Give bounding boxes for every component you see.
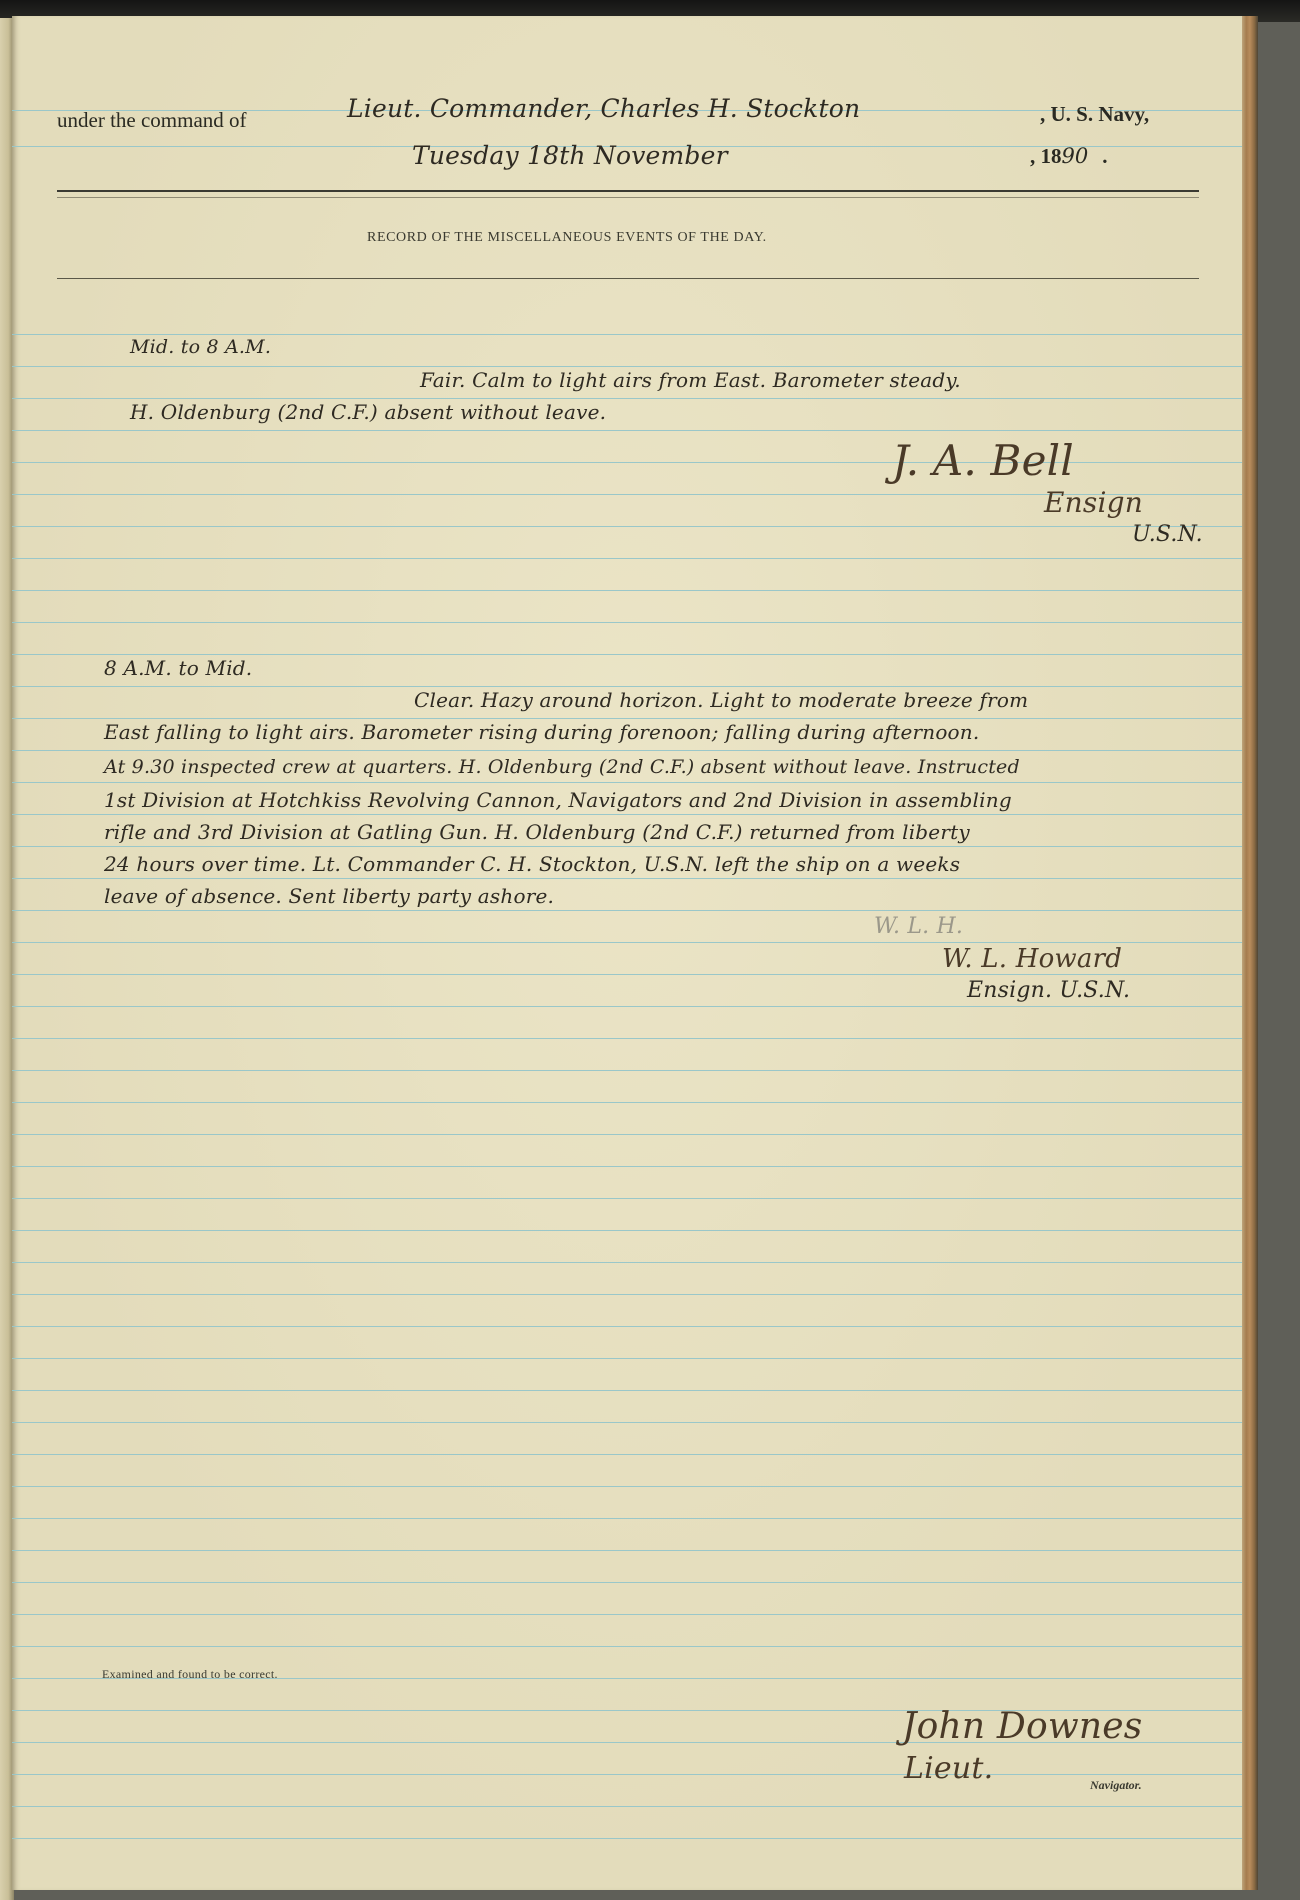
watch-2-signature-name: W. L. Howard	[942, 944, 1122, 974]
ruled-line	[12, 526, 1242, 527]
examined-statement: Examined and found to be correct.	[102, 1667, 278, 1682]
ruled-line	[12, 1358, 1242, 1359]
ruled-line	[12, 1518, 1242, 1519]
ruled-line	[12, 1070, 1242, 1071]
ruled-line	[12, 1102, 1242, 1103]
ruled-line	[12, 1262, 1242, 1263]
ruled-line	[12, 1326, 1242, 1327]
ruled-line	[12, 1486, 1242, 1487]
watch-1-line-2: H. Oldenburg (2nd C.F.) absent without l…	[130, 400, 606, 424]
ruled-line	[12, 1422, 1242, 1423]
ruled-line	[12, 1614, 1242, 1615]
log-year: , 1890.	[1030, 144, 1107, 169]
ruled-line	[12, 430, 1242, 431]
watch-2-line-3: At 9.30 inspected crew at quarters. H. O…	[104, 756, 1020, 778]
ruled-line	[12, 1646, 1242, 1647]
year-handwritten: 90	[1062, 144, 1089, 168]
commander-name: Lieut. Commander, Charles H. Stockton	[347, 94, 860, 123]
watch-1-signature-name: J. A. Bell	[892, 436, 1074, 485]
ruled-line	[12, 718, 1242, 719]
ruled-line	[12, 590, 1242, 591]
ruled-line	[12, 1582, 1242, 1583]
ruled-line	[12, 1294, 1242, 1295]
section-title: RECORD OF THE MISCELLANEOUS EVENTS OF TH…	[367, 230, 767, 246]
ruled-line	[12, 1838, 1242, 1839]
ruled-line	[12, 1230, 1242, 1231]
year-printed: , 18	[1030, 144, 1062, 168]
ruled-line	[12, 846, 1242, 847]
navy-suffix: , U. S. Navy,	[1040, 102, 1149, 127]
watch-2-line-4: 1st Division at Hotchkiss Revolving Cann…	[104, 788, 1012, 812]
navigator-rank: Lieut.	[904, 1751, 993, 1786]
ruled-line	[12, 686, 1242, 687]
log-page: under the command of Lieut. Commander, C…	[12, 16, 1242, 1890]
ruled-line	[12, 782, 1242, 783]
watch-1-signature-rank: Ensign	[1044, 486, 1143, 519]
watch-1-signature-service: U.S.N.	[1132, 522, 1203, 547]
watch-2-period: 8 A.M. to Mid.	[104, 656, 252, 680]
ruled-line	[12, 878, 1242, 879]
command-prefix: under the command of	[57, 108, 247, 133]
ruled-line	[12, 1550, 1242, 1551]
ruled-line	[12, 942, 1242, 943]
ruled-line	[12, 1198, 1242, 1199]
watch-2-line-6: 24 hours over time. Lt. Commander C. H. …	[104, 852, 960, 876]
page-fore-edge	[1240, 16, 1258, 1890]
watch-2-initials: W. L. H.	[874, 914, 963, 939]
ruled-line	[12, 1166, 1242, 1167]
ruled-line	[12, 334, 1242, 335]
watch-2-line-1: Clear. Hazy around horizon. Light to mod…	[414, 688, 1028, 712]
watch-2-line-7: leave of absence. Sent liberty party ash…	[104, 884, 554, 908]
ruled-line	[12, 750, 1242, 751]
ruled-line	[12, 654, 1242, 655]
watch-2-signature-rank: Ensign. U.S.N.	[967, 978, 1130, 1003]
header-rule-thin	[57, 197, 1199, 198]
ruled-line	[12, 1806, 1242, 1807]
watch-2-line-5: rifle and 3rd Division at Gatling Gun. H…	[104, 820, 970, 844]
watch-2-line-2: East falling to light airs. Barometer ri…	[104, 720, 979, 744]
navigator-label: Navigator.	[1090, 1778, 1142, 1793]
navigator-signature: John Downes	[902, 1706, 1142, 1747]
ruled-line	[12, 814, 1242, 815]
ruled-line	[12, 622, 1242, 623]
header-rule-thick	[57, 190, 1199, 192]
ruled-line	[12, 974, 1242, 975]
watch-1-line-1: Fair. Calm to light airs from East. Baro…	[420, 368, 961, 392]
ruled-line	[12, 366, 1242, 367]
ruled-line	[12, 1134, 1242, 1135]
ruled-line	[12, 398, 1242, 399]
ruled-line	[12, 1006, 1242, 1007]
ruled-line	[12, 1454, 1242, 1455]
ruled-line	[12, 1390, 1242, 1391]
ruled-line	[12, 1038, 1242, 1039]
ruled-line	[12, 558, 1242, 559]
watch-1-period: Mid. to 8 A.M.	[130, 336, 271, 358]
log-date: Tuesday 18th November	[412, 141, 728, 170]
year-period: .	[1102, 144, 1107, 168]
ruled-line	[12, 910, 1242, 911]
section-title-rule	[57, 278, 1199, 279]
ruled-line	[12, 1774, 1242, 1775]
